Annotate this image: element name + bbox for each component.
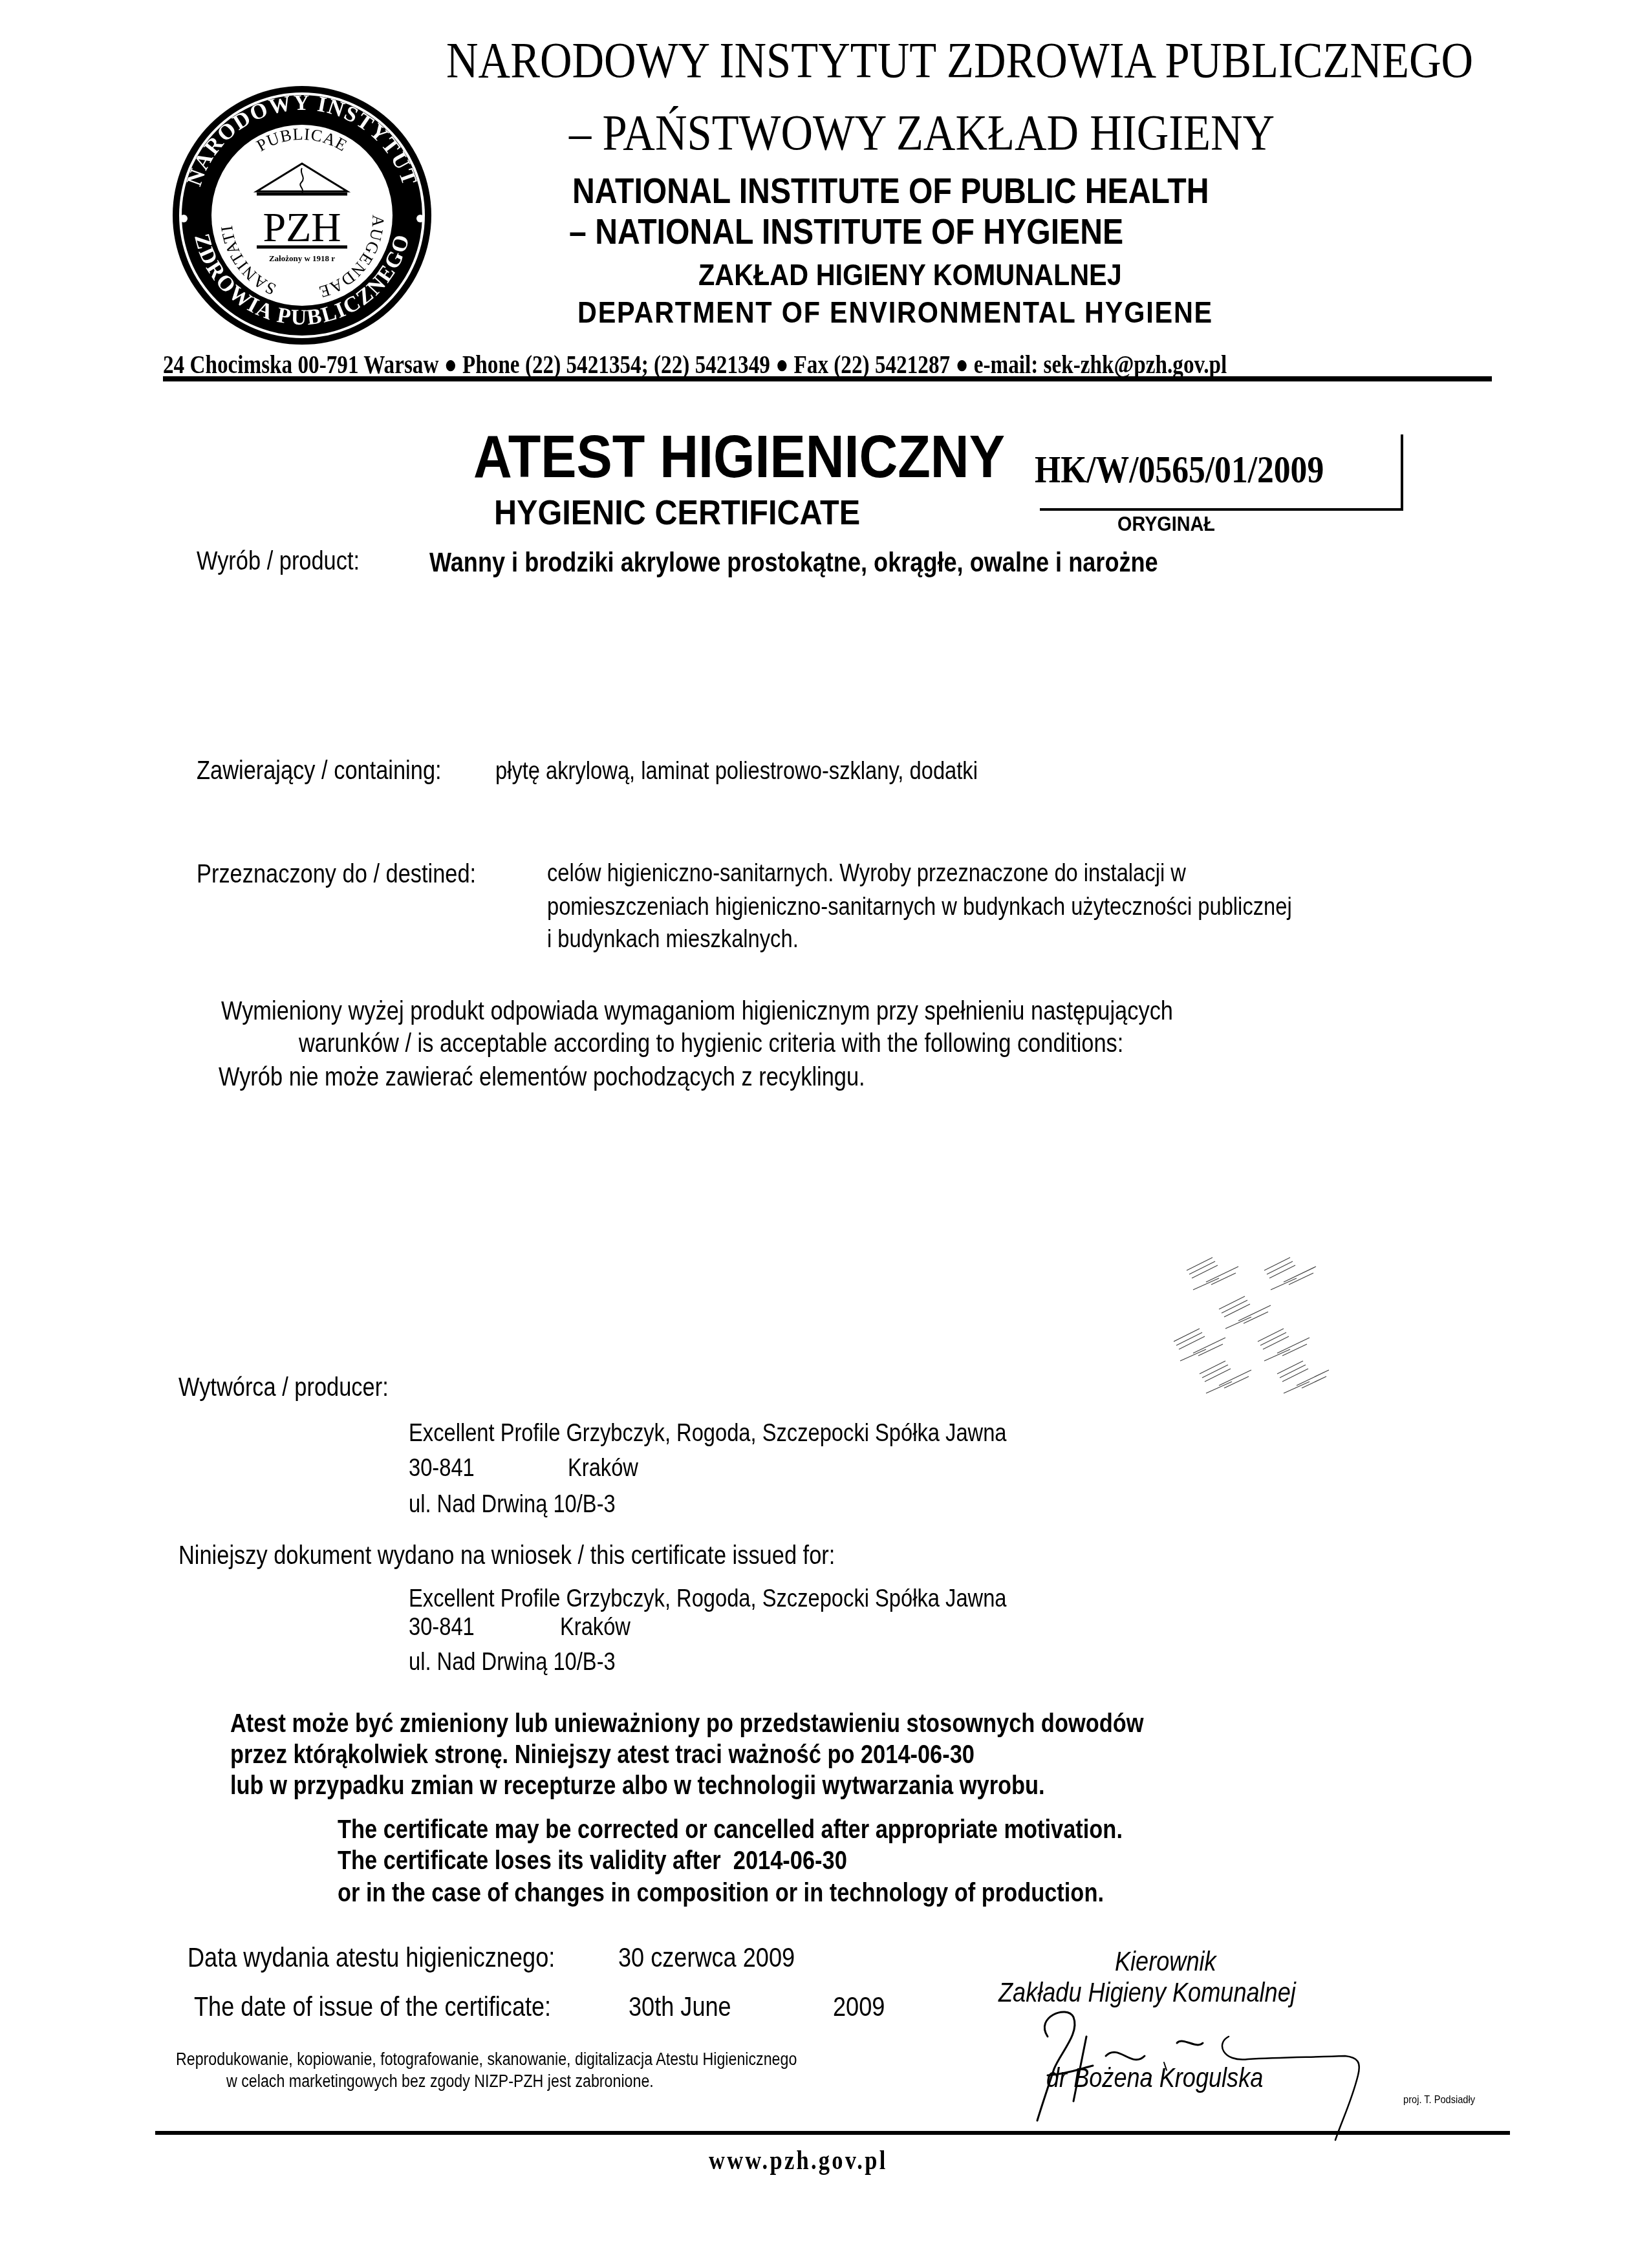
signatory-name: dr Bożena Krogulska <box>1046 2062 1263 2093</box>
validity-pl-expiry-date: 2014-06-30 <box>861 1740 975 1769</box>
copyright-notice-line1: Reprodukowanie, kopiowanie, fotografowan… <box>176 2049 797 2070</box>
institute-name-en-line1: NATIONAL INSTITUTE OF PUBLIC HEALTH <box>572 169 1209 211</box>
original-mark: ORYGINAŁ <box>1117 512 1215 536</box>
footer-divider <box>155 2131 1510 2135</box>
validity-en-expiry-date: 2014-06-30 <box>733 1846 847 1875</box>
issued-for-name: Excellent Profile Grzybczyk, Rogoda, Szc… <box>409 1585 1007 1613</box>
pzh-seal-icon: NARODOWY INSTYTUT ZDROWIA PUBLICZNEGO PU… <box>169 83 435 348</box>
producer-city: Kraków <box>568 1455 638 1482</box>
conditions-intro-line1: Wymieniony wyżej produkt odpowiada wymag… <box>221 997 1173 1026</box>
destined-label: Przeznaczony do / destined: <box>197 860 476 889</box>
producer-label: Wytwórca / producer: <box>178 1373 389 1402</box>
producer-street: ul. Nad Drwiną 10/B-3 <box>409 1491 616 1519</box>
issue-date-en-year: 2009 <box>833 1991 885 2022</box>
certificate-title-en: HYGIENIC CERTIFICATE <box>494 493 860 533</box>
design-credit: proj. T. Podsiadły <box>1403 2093 1475 2106</box>
validity-pl-line3: lub w przypadku zmian w recepturze albo … <box>230 1771 1045 1801</box>
issued-for-postal-code: 30-841 <box>409 1614 475 1642</box>
validity-en-line2: The certificate loses its validity after… <box>338 1846 847 1876</box>
svg-text:PZH: PZH <box>263 204 341 250</box>
producer-postal-code: 30-841 <box>409 1455 475 1482</box>
institute-name-pl-line1: NARODOWY INSTYTUT ZDROWIA PUBLICZNEGO <box>446 31 1473 89</box>
destined-line: i budynkach mieszkalnych. <box>547 926 799 954</box>
department-name-pl: ZAKŁAD HIGIENY KOMUNALNEJ <box>698 257 1122 292</box>
department-name-en: DEPARTMENT OF ENVIRONMENTAL HYGIENE <box>577 295 1213 330</box>
validity-pl-line2: przez którąkolwiek stronę. Niniejszy ate… <box>230 1740 975 1770</box>
hologram-security-stamp-icon <box>1174 1245 1335 1406</box>
issue-date-en-day-month: 30th June <box>629 1991 731 2022</box>
issue-date-en-label: The date of issue of the certificate: <box>194 1991 551 2022</box>
footer-website: www.pzh.gov.pl <box>709 2145 888 2176</box>
containing-label: Zawierający / containing: <box>197 756 442 786</box>
institute-name-en-line2: – NATIONAL INSTITUTE OF HYGIENE <box>569 210 1123 252</box>
certificate-title-pl: ATEST HIGIENICZNY <box>473 423 1005 491</box>
issue-date-pl-value: 30 czerwca 2009 <box>618 1942 795 1973</box>
product-label: Wyrób / product: <box>197 547 360 576</box>
destined-line: pomieszczeniach higieniczno-sanitarnych … <box>547 893 1292 921</box>
containing-value: płytę akrylową, laminat poliestrowo-szkl… <box>495 758 978 786</box>
validity-pl-text: przez którąkolwiek stronę. Niniejszy ate… <box>230 1740 854 1769</box>
validity-en-line1: The certificate may be corrected or canc… <box>338 1815 1123 1845</box>
issued-for-label: Niniejszy dokument wydano na wniosek / t… <box>178 1541 835 1570</box>
producer-name: Excellent Profile Grzybczyk, Rogoda, Szc… <box>409 1420 1007 1448</box>
svg-text:Założony w 1918 r: Założony w 1918 r <box>269 253 335 263</box>
issue-date-pl-label: Data wydania atestu higienicznego: <box>188 1942 555 1973</box>
header-divider <box>163 376 1492 381</box>
institute-name-pl-line2: – PAŃSTWOWY ZAKŁAD HIGIENY <box>569 103 1275 162</box>
issued-for-street: ul. Nad Drwiną 10/B-3 <box>409 1649 616 1676</box>
validity-pl-line1: Atest może być zmieniony lub unieważnion… <box>230 1709 1143 1738</box>
contact-address: 24 Chocimska 00-791 Warsaw ● Phone (22) … <box>163 349 1227 380</box>
copyright-notice-line2: w celach marketingowych bez zgody NIZP-P… <box>226 2071 654 2091</box>
issued-for-city: Kraków <box>560 1614 630 1642</box>
certificate-number: HK/W/0565/01/2009 <box>1035 447 1324 492</box>
product-value: Wanny i brodziki akrylowe prostokątne, o… <box>429 547 1158 578</box>
conditions-intro-line2: warunków / is acceptable according to hy… <box>299 1029 1123 1058</box>
condition-item: Wyrób nie może zawierać elementów pochod… <box>219 1063 865 1092</box>
signatory-title-line1: Kierownik <box>1115 1946 1216 1977</box>
destined-line: celów higieniczno-sanitarnych. Wyroby pr… <box>547 860 1186 888</box>
validity-en-line3: or in the case of changes in composition… <box>338 1879 1104 1908</box>
validity-en-text: The certificate loses its validity after <box>338 1846 721 1875</box>
